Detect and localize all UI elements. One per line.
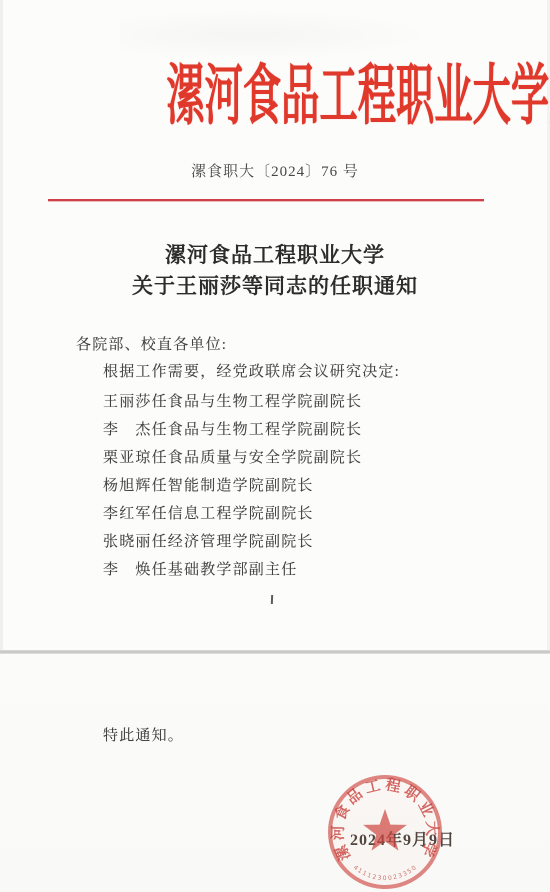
closing-line: 特此通知。 xyxy=(103,724,184,745)
appointment-line: 王丽莎任食品与生物工程学院副院长 xyxy=(103,390,362,411)
document-subject: 漯河食品工程职业大学 关于王丽莎等同志的任职通知 xyxy=(0,240,550,302)
stray-scan-mark xyxy=(271,595,273,604)
appointment-line: 张晓丽任经济管理学院副院长 xyxy=(103,530,314,551)
salutation: 各院部、校直各单位: xyxy=(76,333,227,354)
appointment-line: 栗亚琼任食品质量与安全学院副院长 xyxy=(103,446,362,467)
intro-paragraph: 根据工作需要，经党政联席会议研究决定: xyxy=(103,360,400,381)
scan-smudge xyxy=(120,10,440,60)
university-document-title: 漯河食品工程职业大学文件 xyxy=(166,62,550,132)
subject-line-1: 漯河食品工程职业大学 xyxy=(0,240,550,271)
appointment-line: 李 杰任食品与生物工程学院副院长 xyxy=(103,418,362,439)
appointment-line: 李红军任信息工程学院副院长 xyxy=(103,502,314,523)
subject-line-2: 关于王丽莎等同志的任职通知 xyxy=(0,271,550,302)
page-two-background xyxy=(0,654,550,892)
document-number: 漯食职大〔2024〕76 号 xyxy=(0,160,550,181)
document-header-banner: 漯河食品工程职业大学文件 xyxy=(0,62,550,132)
official-seal: 漯河食品工程职业大学 4111230023350P xyxy=(320,767,450,892)
scanned-document: 漯河食品工程职业大学文件 漯食职大〔2024〕76 号 漯河食品工程职业大学 关… xyxy=(0,0,550,892)
red-divider-rule xyxy=(48,199,484,201)
appointment-line: 杨旭辉任智能制造学院副院长 xyxy=(103,474,314,495)
appointment-line: 李 焕任基础教学部副主任 xyxy=(103,558,297,579)
